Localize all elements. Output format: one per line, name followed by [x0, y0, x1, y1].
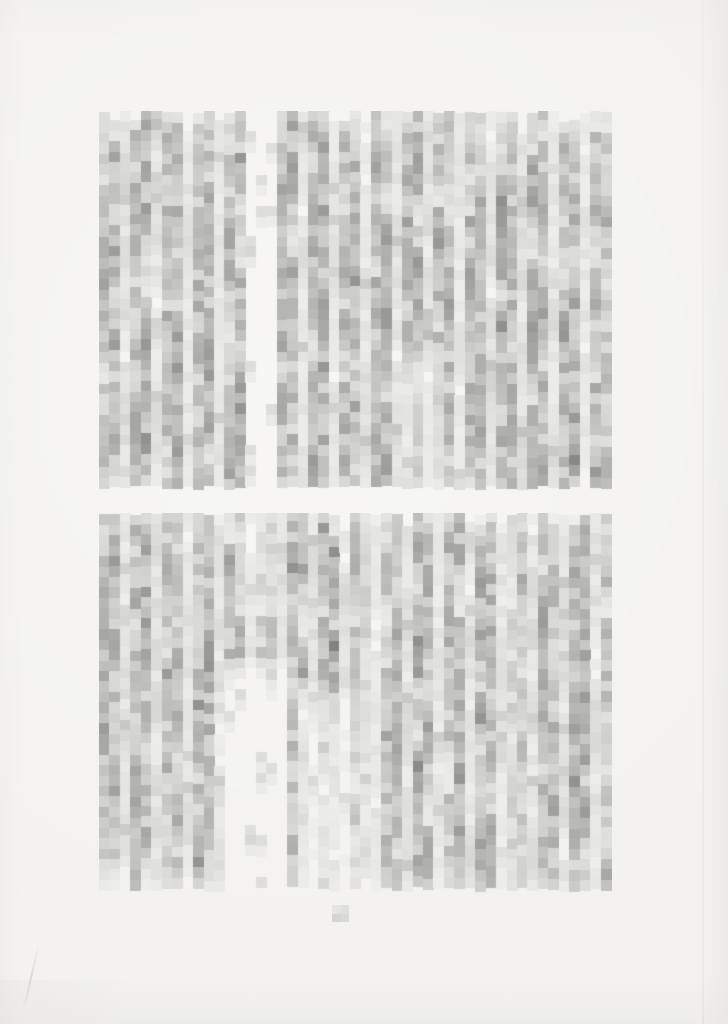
paper-crease-line: [702, 0, 704, 1024]
paper-corner-shading: [0, 980, 180, 1024]
pixelated-page-number: [332, 905, 349, 922]
scanned-page: [0, 0, 728, 1024]
pixelated-text-block-upper: [99, 111, 612, 492]
pixelated-text-block-lower: [99, 513, 612, 894]
